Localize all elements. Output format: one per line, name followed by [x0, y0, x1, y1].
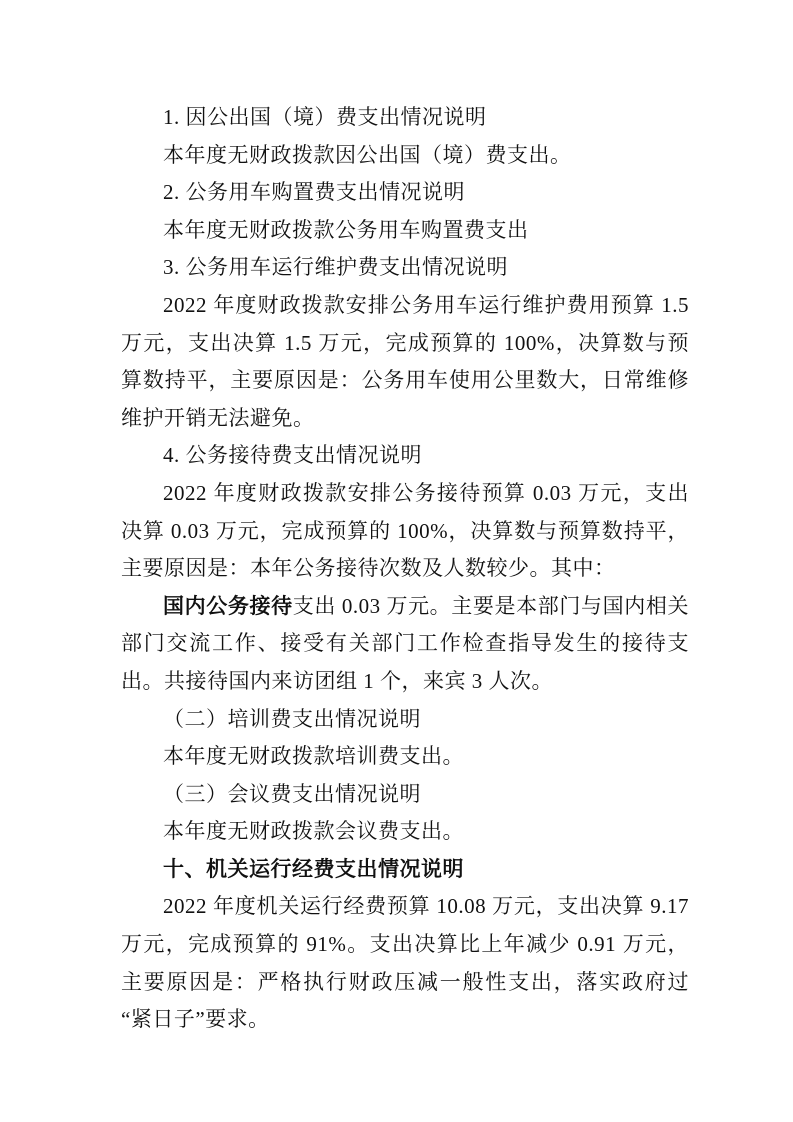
body-operating-expenses: 2022 年度机关运行经费预算 10.08 万元，支出决算 9.17 万元，完成…: [121, 888, 689, 1038]
body-domestic-reception: 国内公务接待支出 0.03 万元。主要是本部门与国内相关部门交流工作、接受有关部…: [121, 588, 689, 701]
document-page: 1. 因公出国（境）费支出情况说明 本年度无财政拨款因公出国（境）费支出。 2.…: [0, 0, 793, 1122]
item-heading-vehicle-maintenance: 3. 公务用车运行维护费支出情况说明: [121, 249, 689, 287]
item-heading-conference-fee: （三）会议费支出情况说明: [121, 776, 689, 814]
body-official-reception: 2022 年度财政拨款安排公务接待预算 0.03 万元，支出决算 0.03 万元…: [121, 475, 689, 588]
item-heading-overseas-travel: 1. 因公出国（境）费支出情况说明: [121, 99, 689, 137]
body-vehicle-purchase: 本年度无财政拨款公务用车购置费支出: [121, 212, 689, 250]
body-vehicle-maintenance: 2022 年度财政拨款安排公务用车运行维护费用预算 1.5 万元，支出决算 1.…: [121, 287, 689, 437]
body-conference-fee: 本年度无财政拨款会议费支出。: [121, 813, 689, 851]
domestic-reception-bold-lead: 国内公务接待: [163, 595, 293, 618]
item-heading-vehicle-purchase: 2. 公务用车购置费支出情况说明: [121, 174, 689, 212]
body-training-fee: 本年度无财政拨款培训费支出。: [121, 738, 689, 776]
section-heading-operating-expenses: 十、机关运行经费支出情况说明: [121, 851, 689, 889]
item-heading-training-fee: （二）培训费支出情况说明: [121, 701, 689, 739]
item-heading-official-reception: 4. 公务接待费支出情况说明: [121, 437, 689, 475]
body-overseas-travel: 本年度无财政拨款因公出国（境）费支出。: [121, 137, 689, 175]
document-body: 1. 因公出国（境）费支出情况说明 本年度无财政拨款因公出国（境）费支出。 2.…: [121, 99, 689, 1039]
